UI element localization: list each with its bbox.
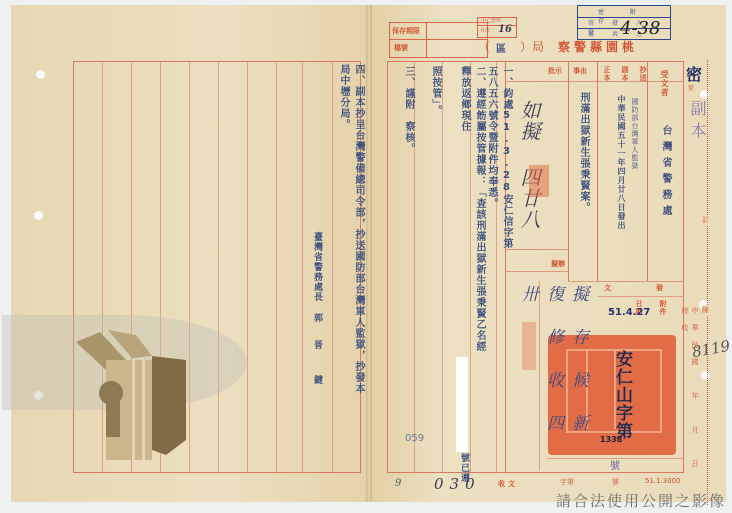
reference-box: 中心警察 目次 16: [477, 17, 517, 38]
retention-box: 保存期限 檔號: [389, 22, 488, 58]
handwritten-number: 030: [434, 475, 481, 493]
stamp-serial: 1338: [600, 435, 622, 444]
punch-hole: [36, 70, 45, 79]
body-item-2: 二、遵經飭屬按管據報：「查該刑滿出獄新生張秉賢乙名經釋放返鄉現住: [457, 66, 487, 356]
usage-notice: 請合法使用公開之影像: [556, 490, 726, 511]
punch-hole: [701, 371, 710, 380]
recipient-label: 受文者: [659, 70, 670, 97]
received-label: 收文: [498, 479, 518, 489]
agency-district: 區: [496, 40, 506, 55]
binding-margin-line: [707, 60, 708, 505]
handwritten-annotation: 擬 存 候 新 復 修 收 四 卅: [516, 285, 591, 475]
body-item-3: 三、謹附 察核。: [401, 66, 416, 154]
body-item-4: 四、副本抄呈台灣警備總司令部，抄送國防部台灣軍人監獄，抄發本局中壢分局。: [336, 64, 366, 400]
agency-paren-close: ）局: [520, 38, 544, 55]
retention-label: 保存期限: [392, 26, 420, 36]
handwritten-mark: 4-38: [620, 18, 660, 39]
instruction-label: 批示: [548, 66, 562, 76]
dispatch-date: 中華民國五十一年四月廿八日發出: [616, 95, 627, 235]
received-date-column: 中華民國 年 月 日 時收: [680, 307, 700, 487]
copy-label: 副本: [620, 66, 630, 82]
redacted-block: [456, 357, 468, 452]
recipient-value: 台灣省警務處: [658, 125, 673, 221]
stamp-ref: 安仁山字第: [610, 350, 635, 440]
subject-label: 事由: [573, 66, 587, 76]
copy-to-label: 抄送: [638, 66, 648, 82]
classification-mark: 密: [686, 62, 702, 85]
stamp-hao: 號: [610, 457, 620, 472]
stamped-number: 059: [405, 433, 424, 444]
agency-name: 察警縣園桃: [558, 38, 638, 55]
reference-number: 16: [498, 24, 512, 35]
remarks-label: 擬辦: [551, 259, 565, 269]
form-code: 51.1.3000: [645, 477, 681, 485]
archive-keyhole-logo-icon: [76, 330, 186, 460]
body-item-2-cont: 照按管」。: [428, 66, 443, 116]
stamp-date: 51.4.27: [608, 307, 650, 318]
signature-suffix: 晉: [311, 340, 324, 350]
copy-recipient: 國防部台灣軍人監獄: [630, 98, 640, 170]
signature-line: 臺灣省警務處長 郭: [311, 232, 324, 323]
signature-suffix: 鍵: [311, 375, 324, 385]
copy-body-label: 正本: [602, 66, 612, 82]
agency-paren-open: （: [478, 38, 490, 55]
seal-small: [522, 322, 536, 370]
body-item-1: 一、鈞處51.3.28安仁信字第五八五六號令暨附件均奉悉。: [484, 66, 514, 256]
copy-stamp: 副本: [686, 100, 709, 144]
subject-value: 刑滿出獄新生張秉賢案。: [576, 92, 591, 213]
file-number-label: 檔號: [394, 43, 408, 53]
binding-spine: [366, 5, 372, 502]
seal-small: [529, 165, 549, 197]
punch-hole: [34, 211, 43, 220]
